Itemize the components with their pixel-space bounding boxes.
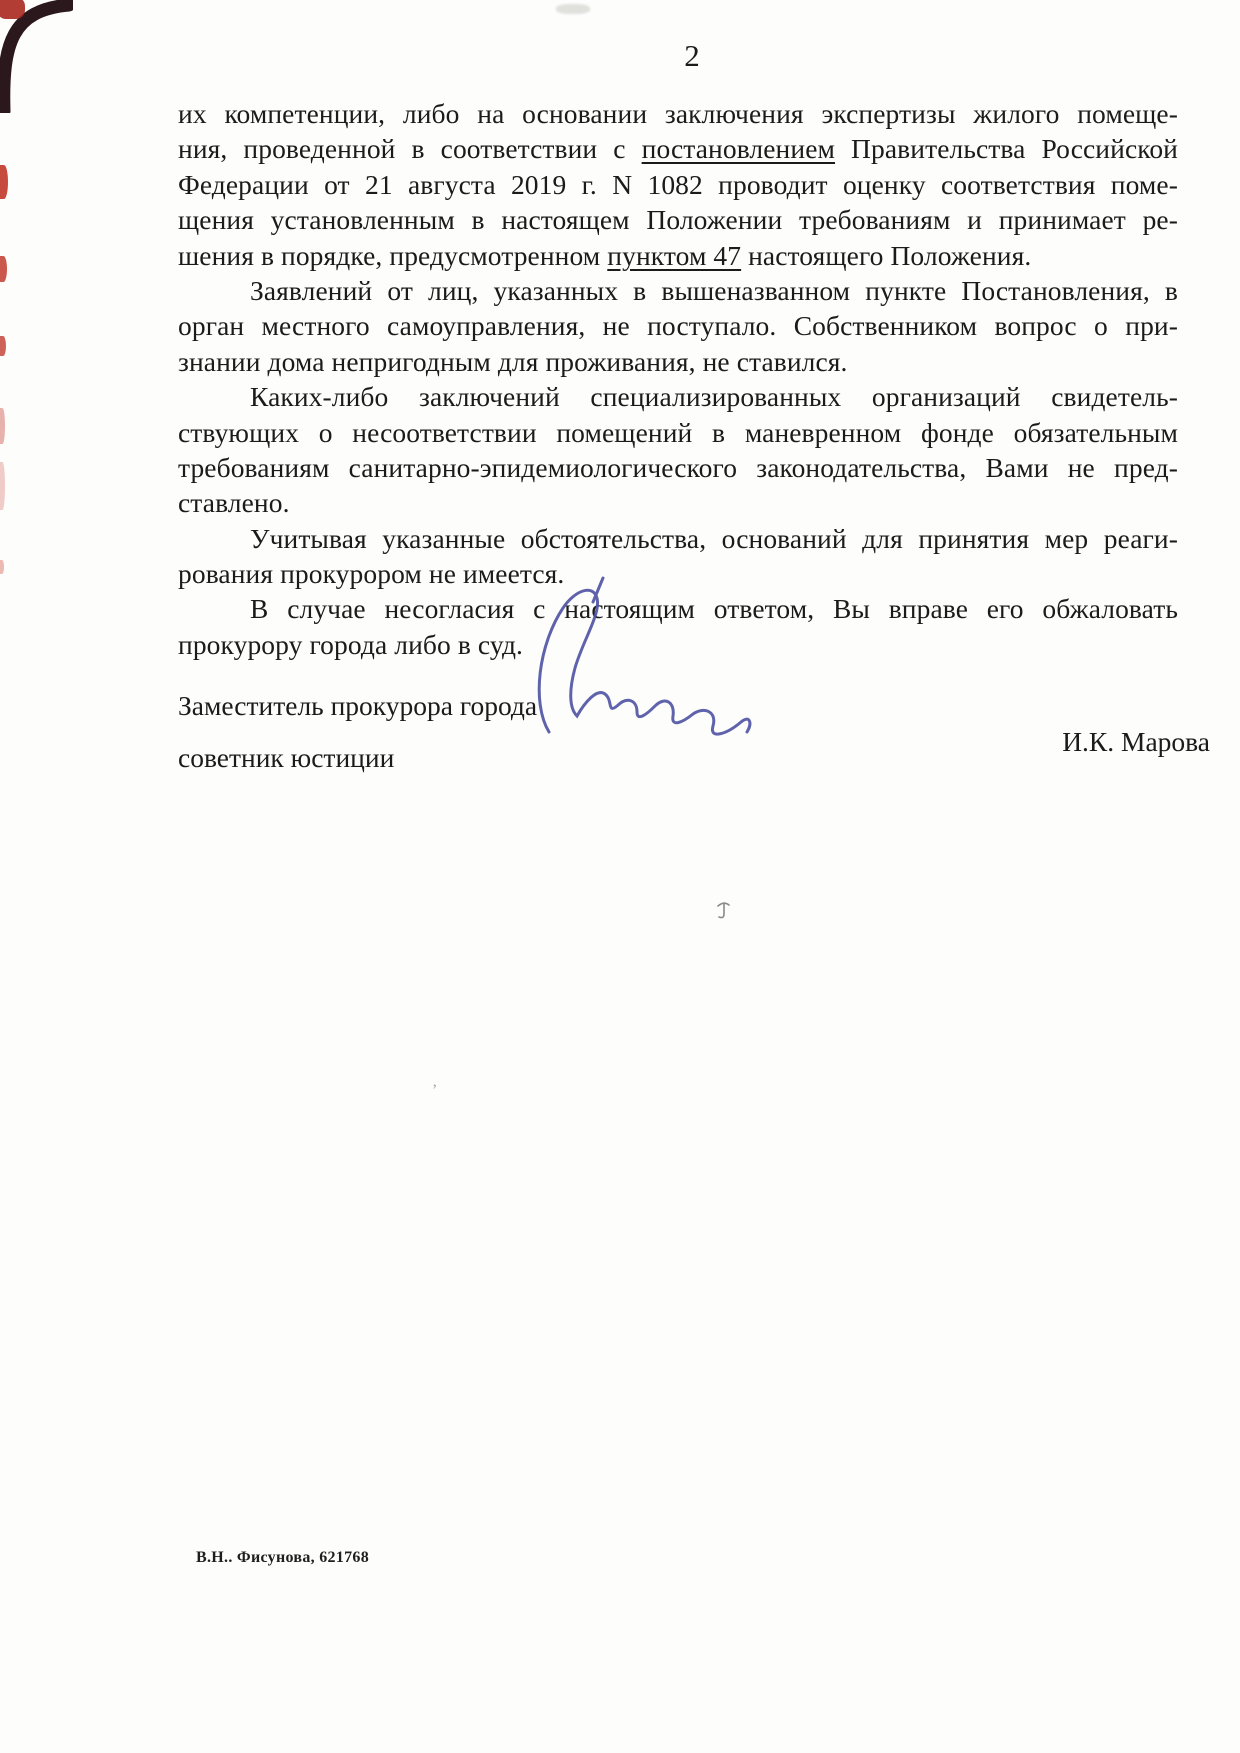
- scanned-letter-page: ’ 2 их компетенции, либо на основании за…: [0, 0, 1240, 1753]
- body-line: орган местного самоуправления, не поступ…: [178, 308, 1178, 343]
- red-edge-mark: [0, 256, 7, 282]
- body-line: их компетенции, либо на основании заключ…: [178, 96, 1178, 131]
- red-edge-mark: [0, 165, 8, 199]
- scan-smudge: [556, 4, 590, 14]
- scan-smudge: [716, 901, 732, 921]
- red-edge-mark: [0, 336, 6, 356]
- body-line: Федерации от 21 августа 2019 г. N 1082 п…: [178, 167, 1178, 202]
- body-line: Каких-либо заключений специализированных…: [178, 379, 1178, 414]
- scan-smudge: ’: [432, 1082, 437, 1100]
- body-line: Учитывая указанные обстоятельства, основ…: [178, 521, 1178, 556]
- body-line: знании дома непригодным для проживания, …: [178, 344, 1178, 379]
- scan-corner-artifact: [0, 0, 73, 113]
- body-line: щения установленным в настоящем Положени…: [178, 202, 1178, 237]
- signer-name: И.К. Марова: [1030, 726, 1210, 758]
- red-edge-mark: [0, 408, 5, 444]
- handwritten-signature: [505, 576, 765, 746]
- footer-executor-note: В.Н.. Фисунова, 621768: [196, 1549, 369, 1567]
- body-line: ставлено.: [178, 485, 1178, 520]
- signoff-position-title: Заместитель прокурора города: [178, 690, 537, 722]
- page-number: 2: [662, 38, 722, 74]
- red-edge-mark: [0, 462, 5, 510]
- body-line: ствующих о несоответствии помещений в ма…: [178, 415, 1178, 450]
- body-line: Заявлений от лиц, указанных в вышеназван…: [178, 273, 1178, 308]
- red-edge-mark: [0, 560, 4, 574]
- body-line: требованиям санитарно-эпидемиологическог…: [178, 450, 1178, 485]
- body-line: ния, проведенной в соответствии с постан…: [178, 131, 1178, 166]
- body-line: шения в порядке, предусмотренном пунктом…: [178, 238, 1178, 273]
- signoff-rank-title: советник юстиции: [178, 742, 394, 774]
